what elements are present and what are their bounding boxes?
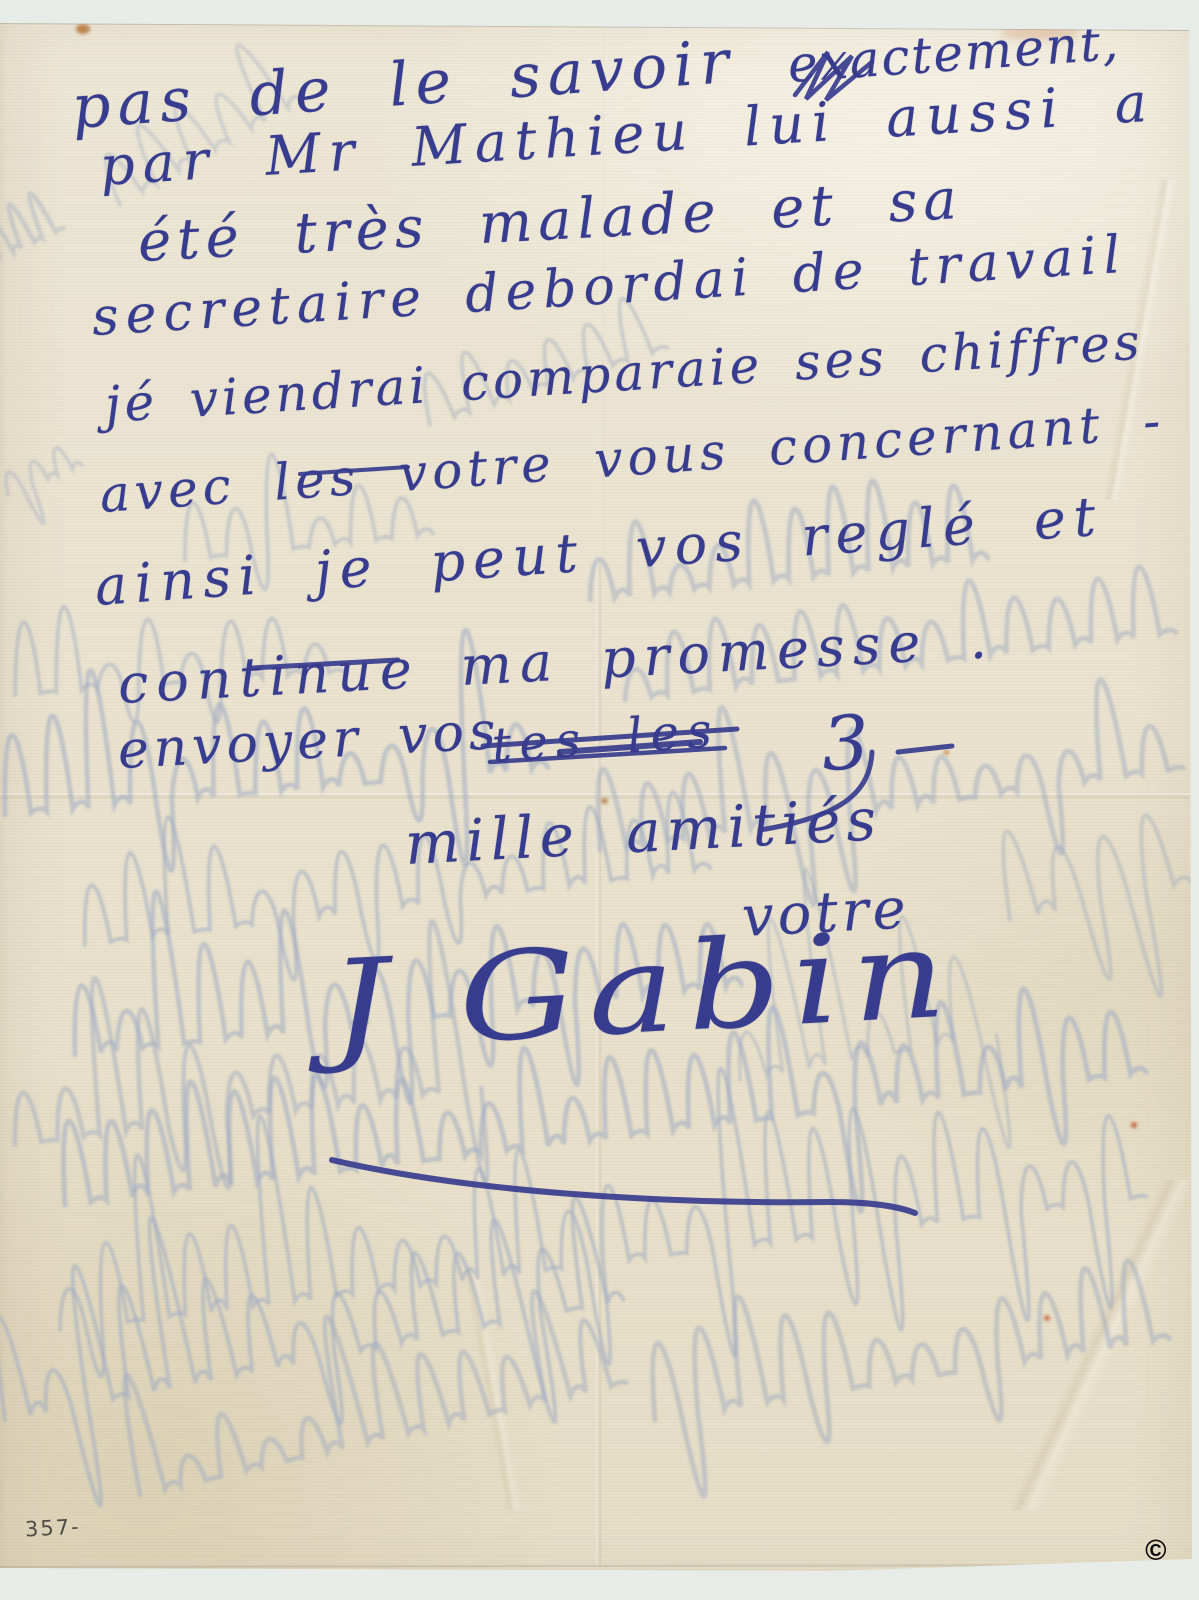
foxing-stain	[944, 750, 949, 755]
handwriting-numeral: 3	[820, 706, 871, 782]
signature: J Gabin	[327, 912, 961, 1067]
foxing-stain	[76, 24, 90, 34]
scanned-letter-page: pas de le savoir exactement, par Mr Math…	[0, 0, 1199, 1600]
letter-paper: pas de le savoir exactement, par Mr Math…	[0, 0, 1199, 1600]
handwriting-crossed-out-words: tes les	[490, 706, 721, 770]
foxing-stain	[1044, 1315, 1050, 1321]
foxing-stain	[1131, 1122, 1137, 1128]
watermark: © AUTOGRAPHES.COM	[828, 1535, 1168, 1600]
inventory-number: 357-	[24, 1515, 81, 1542]
